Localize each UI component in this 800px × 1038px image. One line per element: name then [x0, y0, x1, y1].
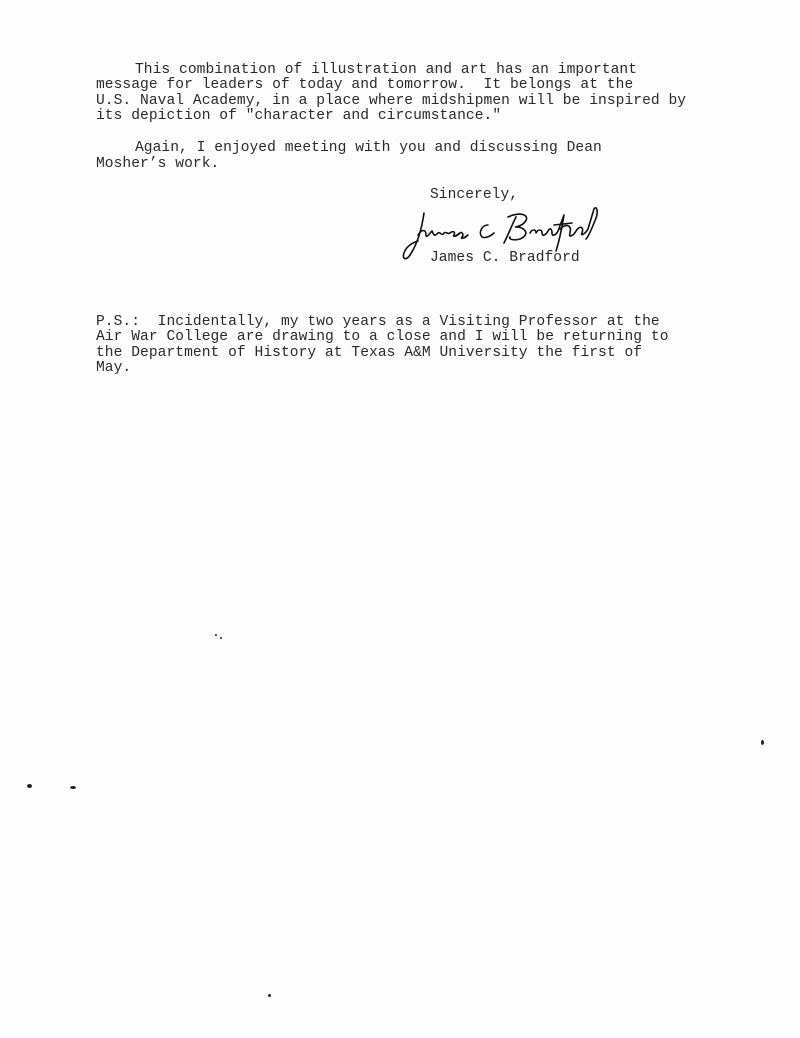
scan-speck	[27, 784, 32, 788]
paragraph-line: Mosher’s work.	[96, 157, 219, 173]
scan-speck	[268, 994, 271, 997]
paragraph-line: message for leaders of today and tomorro…	[96, 78, 633, 94]
postscript-line: May.	[96, 361, 131, 377]
scan-speck	[70, 786, 76, 789]
closing: Sincerely,	[430, 188, 518, 204]
postscript-line: Air War College are drawing to a close a…	[96, 330, 669, 346]
scan-speck	[761, 740, 764, 745]
scan-speck	[220, 637, 222, 639]
signer-name: James C. Bradford	[430, 251, 580, 267]
postscript-line: the Department of History at Texas A&M U…	[96, 346, 642, 362]
paragraph-line: its depiction of "character and circumst…	[96, 109, 501, 125]
scan-speck	[215, 634, 217, 636]
paragraph-line: Again, I enjoyed meeting with you and di…	[135, 141, 602, 157]
